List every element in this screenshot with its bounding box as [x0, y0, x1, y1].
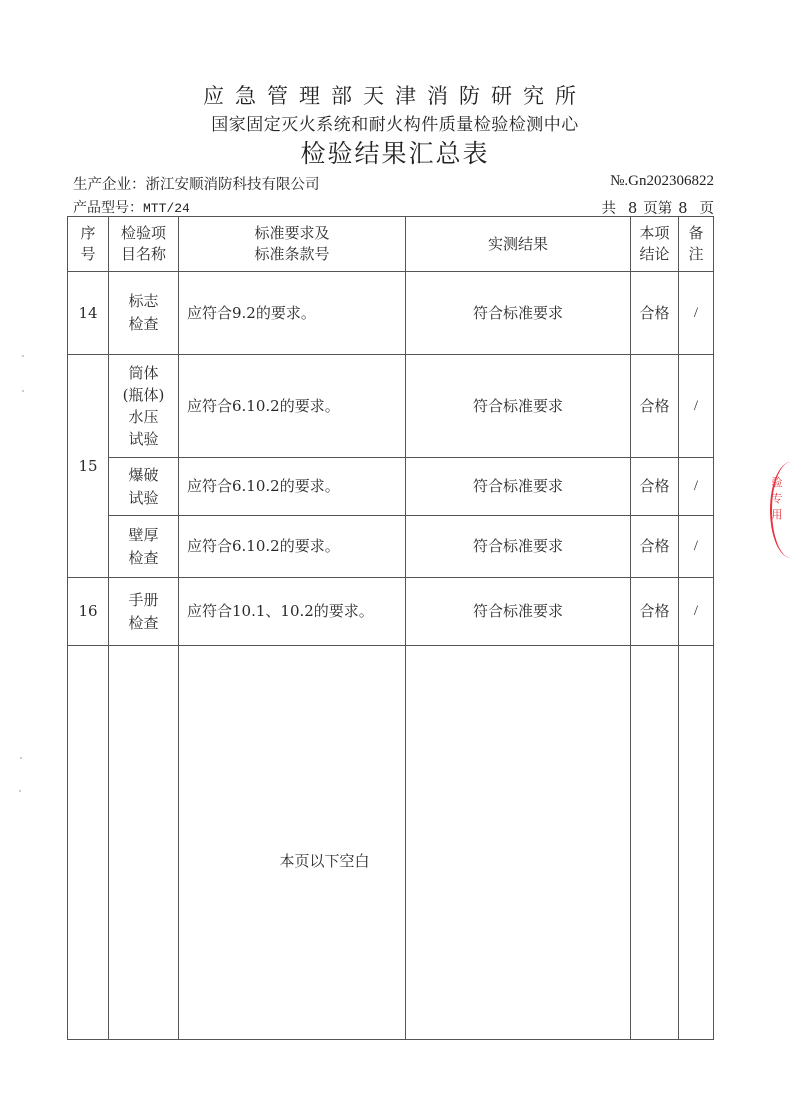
row-standard: 应符合6.10.2的要求。 [179, 516, 406, 578]
row-conclusion: 合格 [631, 272, 679, 355]
pages-total-prefix: 共 [602, 197, 617, 218]
row-remark: / [679, 272, 714, 355]
table-row: 爆破试验 应符合6.10.2的要求。 符合标准要求 合格 / [68, 458, 714, 516]
row-seq: 14 [68, 272, 109, 355]
row-standard: 应符合9.2的要求。 [179, 272, 406, 355]
blank-cell [631, 646, 679, 1040]
company-line: 生产企业：浙江安顺消防科技有限公司 [73, 173, 320, 194]
scan-speck [22, 390, 24, 392]
seal-partial-text: 验专用 [770, 475, 784, 523]
results-table: 序号 检验项目名称 标准要求及标准条款号 实测结果 本项结论 备注 14 标志检… [67, 216, 714, 1040]
table-header-row: 序号 检验项目名称 标准要求及标准条款号 实测结果 本项结论 备注 [68, 217, 714, 272]
row-item: 壁厚检查 [109, 516, 179, 578]
header-seq: 序号 [68, 217, 109, 272]
table-row: 16 手册检查 应符合10.1、10.2的要求。 符合标准要求 合格 / [68, 578, 714, 646]
model-value: MTT/24 [143, 201, 190, 216]
blank-cell [406, 646, 631, 1040]
row-remark: / [679, 355, 714, 458]
table-row: 15 筒体(瓶体)水压试验 应符合6.10.2的要求。 符合标准要求 合格 / [68, 355, 714, 458]
blank-note-cell: 本页以下空白 [179, 646, 406, 1040]
row-result: 符合标准要求 [406, 578, 631, 646]
header-item: 检验项目名称 [109, 217, 179, 272]
page-indicator: 共8页第8页 [602, 197, 714, 218]
row-standard: 应符合6.10.2的要求。 [179, 458, 406, 516]
pages-suffix: 页 [700, 197, 715, 218]
row-seq: 16 [68, 578, 109, 646]
company-label: 生产企业： [73, 177, 146, 193]
table-row: 壁厚检查 应符合6.10.2的要求。 符合标准要求 合格 / [68, 516, 714, 578]
scan-speck [22, 355, 24, 357]
row-item: 筒体(瓶体)水压试验 [109, 355, 179, 458]
pages-total: 8 [628, 201, 637, 217]
document-title: 检验结果汇总表 [0, 134, 790, 170]
pages-current: 8 [678, 201, 687, 217]
header-standard: 标准要求及标准条款号 [179, 217, 406, 272]
institute-title: 应急管理部天津消防研究所 [0, 80, 790, 110]
row-seq: 15 [68, 355, 109, 578]
blank-cell [109, 646, 179, 1040]
blank-cell [679, 646, 714, 1040]
blank-row: 本页以下空白 [68, 646, 714, 1040]
table-row: 14 标志检查 应符合9.2的要求。 符合标准要求 合格 / [68, 272, 714, 355]
blank-cell [68, 646, 109, 1040]
row-standard: 应符合10.1、10.2的要求。 [179, 578, 406, 646]
row-conclusion: 合格 [631, 355, 679, 458]
row-remark: / [679, 578, 714, 646]
header-result: 实测结果 [406, 217, 631, 272]
row-conclusion: 合格 [631, 516, 679, 578]
row-item: 手册检查 [109, 578, 179, 646]
company-name: 浙江安顺消防科技有限公司 [146, 177, 320, 193]
header-remark: 备注 [679, 217, 714, 272]
row-result: 符合标准要求 [406, 355, 631, 458]
blank-below-note: 本页以下空白 [244, 850, 405, 873]
pages-mid: 页第 [643, 197, 672, 218]
row-item: 爆破试验 [109, 458, 179, 516]
scan-speck [19, 790, 21, 792]
scan-speck [20, 757, 22, 759]
row-result: 符合标准要求 [406, 272, 631, 355]
model-label: 产品型号： [73, 200, 143, 216]
row-remark: / [679, 458, 714, 516]
center-title: 国家固定灭火系统和耐火构件质量检验检测中心 [0, 110, 790, 135]
row-result: 符合标准要求 [406, 458, 631, 516]
row-item: 标志检查 [109, 272, 179, 355]
row-standard: 应符合6.10.2的要求。 [179, 355, 406, 458]
report-number: №.Gn202306822 [610, 173, 714, 190]
row-conclusion: 合格 [631, 578, 679, 646]
row-remark: / [679, 516, 714, 578]
header-conclusion: 本项结论 [631, 217, 679, 272]
row-conclusion: 合格 [631, 458, 679, 516]
model-line: 产品型号：MTT/24 [73, 197, 190, 217]
row-result: 符合标准要求 [406, 516, 631, 578]
